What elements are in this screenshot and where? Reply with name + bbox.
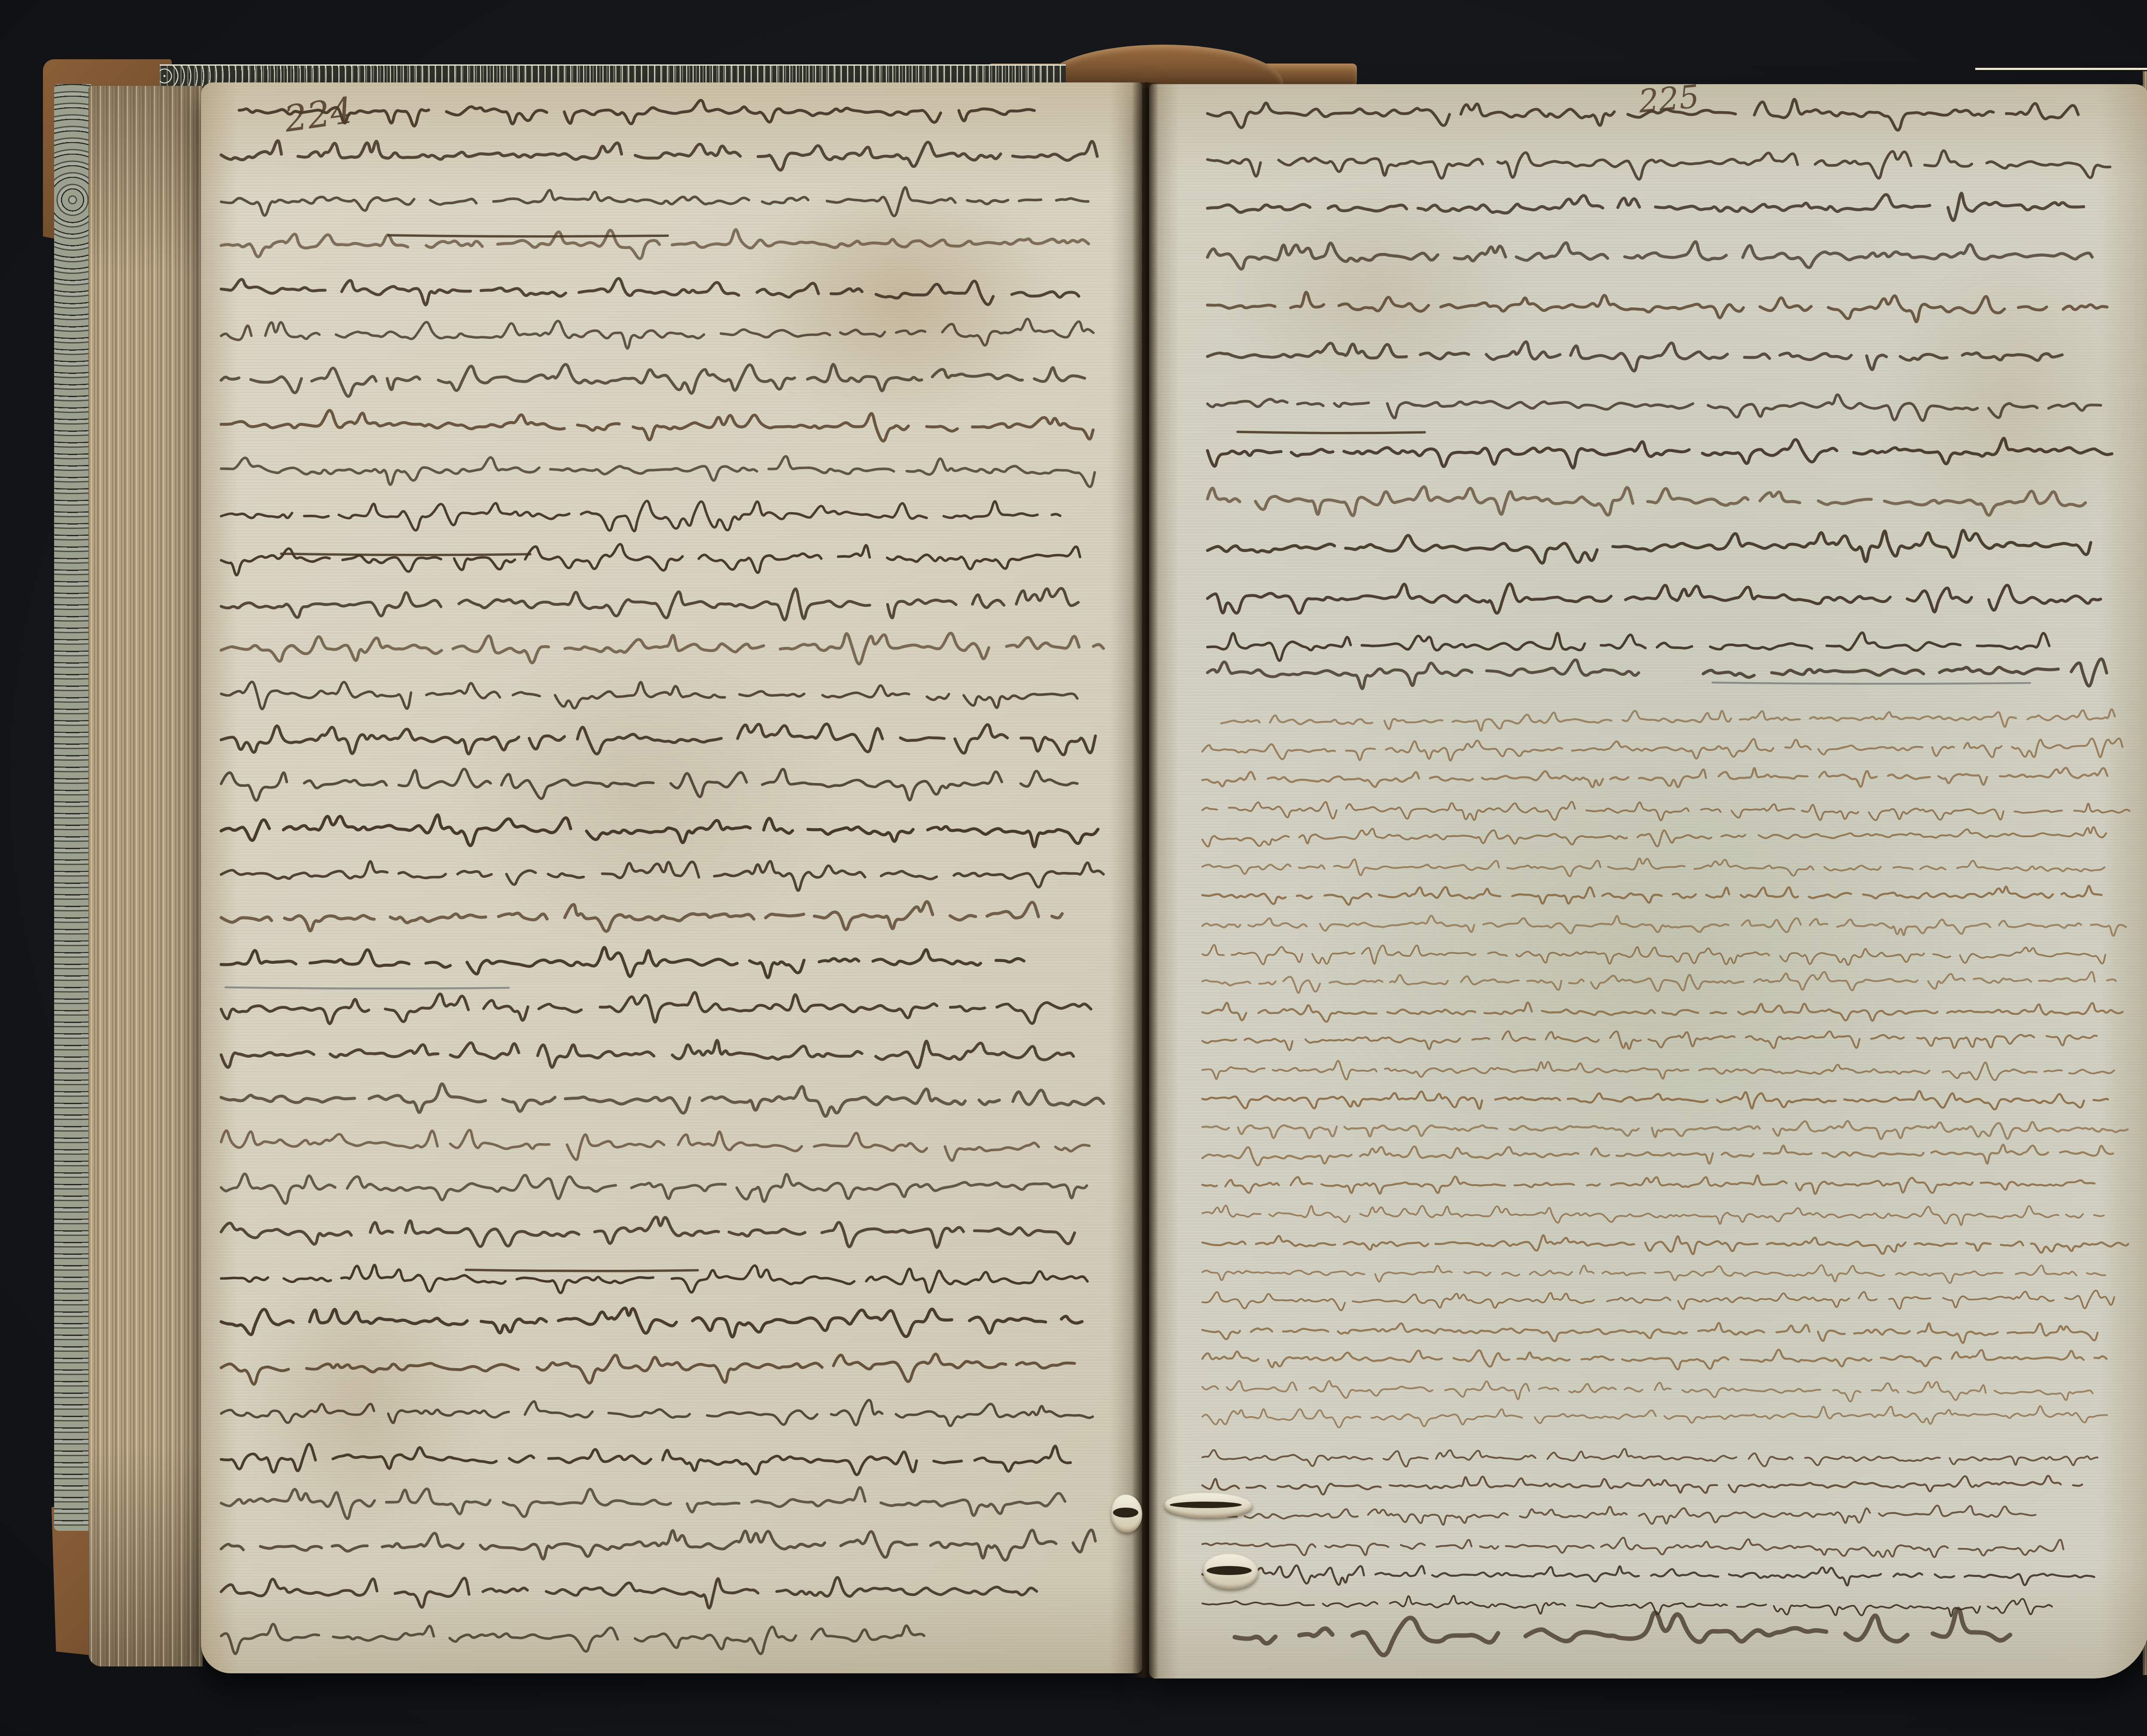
handwriting-line [221,279,1079,305]
handwriting-line [239,100,1034,126]
handwriting-line [221,364,1085,397]
handwriting-line [1202,972,2116,993]
handwriting-line [221,1530,1095,1560]
handwriting-line [221,589,1078,620]
handwriting-line [221,1265,1088,1293]
ink-underline [1238,432,1425,433]
handwriting-line [1202,1290,2114,1310]
handwriting-line [221,633,1104,664]
handwriting-line [221,861,1104,890]
handwriting-line [221,901,1062,931]
handwriting-line [221,1354,1074,1384]
photo-of-open-manuscript-book: 224 225 [0,0,2147,1736]
handwriting-line [1202,1205,2104,1225]
handwriting-line [1202,1566,2094,1586]
handwriting-layer [0,0,2147,1736]
handwriting-line [1202,1144,2113,1165]
handwriting-line [1207,342,2062,371]
handwriting-line [221,1217,1075,1247]
handwriting-line [1202,916,2126,936]
handwriting-line [221,187,1088,216]
handwriting-line [221,1444,1070,1475]
handwriting-line [1207,242,2092,269]
handwriting-line [221,947,1024,978]
handwriting-line [1207,395,2101,420]
handwriting-line [1202,1381,2093,1402]
handwriting-line [1202,768,2107,787]
handwriting-line [1207,487,2086,516]
handwriting-line [1207,292,2107,322]
handwriting-line [1202,1596,2052,1616]
handwriting-line [1202,945,2105,965]
handwriting-line [1703,659,2107,686]
handwriting-line [221,141,1097,170]
handwriting-line [221,992,1091,1024]
handwriting-line [1202,1505,2036,1525]
handwriting-line [1202,1538,2063,1557]
handwriting-line [221,456,1095,487]
handwriting-line [221,410,1093,441]
pencil-underline [225,987,509,989]
pencil-underline [1712,683,2030,684]
handwriting-line [221,501,1060,531]
handwriting-line [1202,1350,2107,1369]
handwriting-line [1202,1061,2114,1080]
handwriting-line [1202,886,2101,905]
handwriting-line [1207,633,2049,661]
handwriting-line [221,1041,1073,1068]
handwriting-line [1202,1002,2123,1022]
handwriting-line [1202,1406,2107,1427]
handwriting-line [1202,1091,2108,1110]
paper-tear [1165,1493,1253,1518]
handwriting-line [221,682,1077,709]
paper-tear [1203,1554,1258,1589]
handwriting-line [1202,1476,2082,1495]
handwriting-line [1207,438,2112,468]
handwriting-line [221,724,1095,755]
handwriting-line [1207,584,2101,613]
handwriting-line [1207,193,2084,220]
handwriting-line [221,1130,1089,1160]
paper-tear [1111,1495,1142,1533]
handwriting-line [1202,1449,2098,1466]
handwriting-line [221,319,1093,349]
signature-handwriting-line [1235,1609,2010,1655]
handwriting-line [1202,1265,2105,1283]
handwriting-line [221,1084,1104,1117]
handwriting-line [1202,827,2106,847]
handwriting-line [1202,1175,2095,1194]
handwriting-line [221,815,1098,847]
handwriting-line [221,1400,1093,1426]
handwriting-line [1202,1121,2128,1139]
handwriting-line [1202,802,2129,820]
handwriting-line [1207,151,2110,179]
handwriting-line [1202,1031,2097,1050]
handwriting-line [221,1308,1082,1337]
handwriting-line [1207,660,1639,689]
handwriting-line [221,1624,924,1654]
handwriting-line [221,230,1089,259]
handwriting-line [221,1577,1037,1608]
right-page-number: 225 [1637,78,1701,120]
ink-underline [281,554,530,555]
handwriting-line [1207,530,2091,563]
ink-underline [466,1270,698,1271]
handwriting-line [1221,709,2115,731]
handwriting-line [1202,738,2123,761]
ink-underline [389,235,668,237]
handwriting-line [1202,859,2104,877]
handwriting-line [1202,1235,2128,1254]
handwriting-line [1202,1323,2098,1343]
handwriting-line [221,1174,1087,1204]
handwriting-line [221,769,1077,801]
handwriting-line [221,1487,1065,1519]
handwriting-line [221,544,1080,575]
